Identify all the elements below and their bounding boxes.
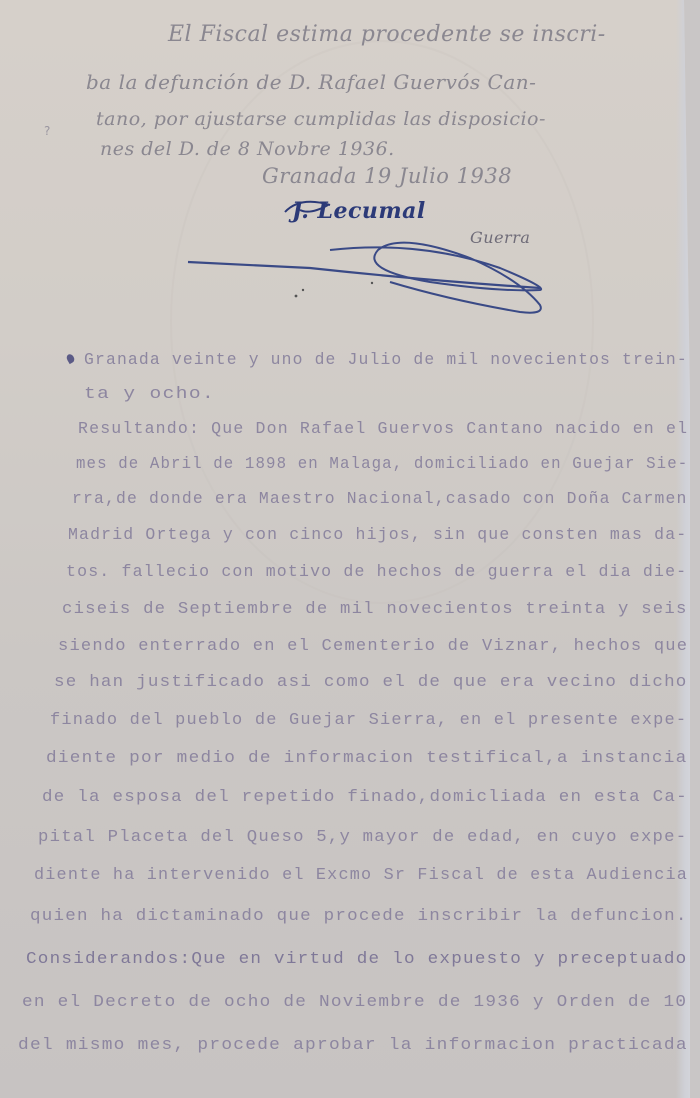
typed-line-17: Considerandos:Que en virtud de lo expues… (26, 950, 687, 969)
document-page: El Fiscal estima procedente se inscri- b… (0, 0, 690, 1098)
typed-line-15: diente ha intervenido el Excmo Sr Fiscal… (34, 866, 688, 885)
typed-line-2: ta y ocho. (84, 385, 215, 404)
typed-line-11: finado del pueblo de Guejar Sierra, en e… (50, 711, 687, 730)
typed-line-7: tos. fallecio con motivo de hechos de gu… (66, 563, 687, 582)
typed-line-1: Granada veinte y uno de Julio de mil nov… (84, 351, 688, 370)
typed-line-14: pital Placeta del Queso 5,y mayor de eda… (38, 828, 687, 847)
typed-line-19: del mismo mes, procede aprobar la inform… (18, 1036, 688, 1055)
signature-flourish (0, 0, 700, 340)
typed-line-10: se han justificado asi como el de que er… (54, 673, 688, 692)
typed-line-16: quien ha dictaminado que procede inscrib… (30, 907, 688, 926)
typed-line-12: diente por medio de informacion testific… (46, 749, 688, 768)
typed-line-4: mes de Abril de 1898 en Malaga, domicili… (76, 455, 688, 474)
typed-line-9: siendo enterrado en el Cementerio de Viz… (58, 637, 688, 656)
typed-line-6: Madrid Ortega y con cinco hijos, sin que… (68, 526, 687, 545)
typed-line-18: en el Decreto de ocho de Noviembre de 19… (22, 993, 687, 1012)
typed-line-13: de la esposa del repetido finado,domicli… (42, 788, 688, 807)
typed-line-3: Resultando: Que Don Rafael Guervos Canta… (78, 420, 688, 439)
typed-line-5: rra,de donde era Maestro Nacional,casado… (72, 490, 688, 509)
bullet-mark (65, 353, 76, 364)
typed-line-8: ciseis de Septiembre de mil novecientos … (62, 600, 688, 619)
